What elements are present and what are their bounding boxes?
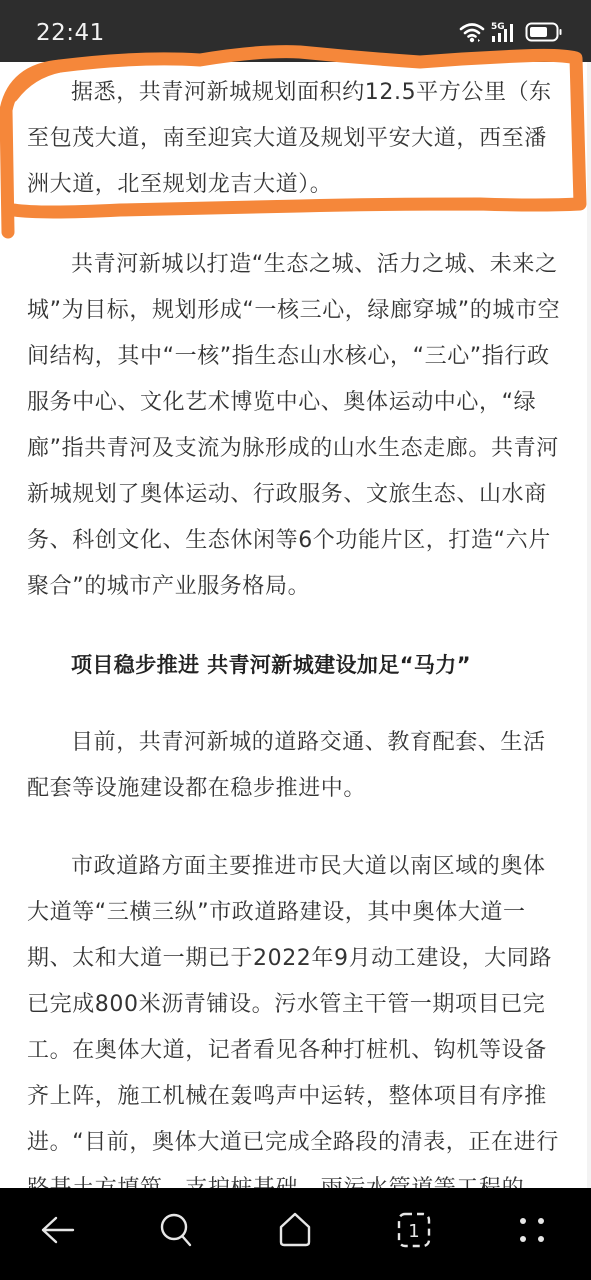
- search-icon: [159, 1212, 193, 1252]
- section-heading: 项目稳步推进 共青河新城建设加足“马力”: [27, 645, 562, 685]
- paragraph-progress: 目前，共青河新城的道路交通、教育配套、生活配套等设施建设都在稳步推进中。: [27, 720, 562, 812]
- article-content[interactable]: 据悉，共青河新城规划面积约12.5平方公里（东至包茂大道，南至迎宾大道及规划平安…: [0, 62, 591, 1188]
- tabs-button[interactable]: 1: [384, 1202, 444, 1262]
- status-time: 22:41: [36, 20, 105, 46]
- status-icons: 5G: [459, 19, 563, 45]
- 5g-signal-icon: 5G: [491, 20, 519, 44]
- menu-dots-icon: [517, 1215, 547, 1249]
- back-arrow-icon: [40, 1215, 76, 1249]
- wifi-icon: [459, 21, 485, 43]
- paragraph-road-construction: 市政道路方面主要推进市民大道以南区域的奥体大道等“三横三纵”市政道路建设，其中奥…: [27, 844, 562, 1188]
- search-button[interactable]: [146, 1202, 206, 1262]
- bottom-nav-bar: 1: [0, 1188, 591, 1280]
- menu-button[interactable]: [502, 1202, 562, 1262]
- home-button[interactable]: [265, 1202, 325, 1262]
- battery-icon: [525, 21, 563, 43]
- paragraph-area-summary: 据悉，共青河新城规划面积约12.5平方公里（东至包茂大道，南至迎宾大道及规划平安…: [27, 70, 562, 208]
- tabs-icon: 1: [397, 1212, 431, 1252]
- home-icon: [278, 1212, 312, 1252]
- scroll-track: [587, 62, 591, 1188]
- svg-text:1: 1: [408, 1221, 419, 1242]
- network-label: 5G: [491, 22, 505, 32]
- status-bar: 22:41 5G: [0, 0, 591, 62]
- back-button[interactable]: [28, 1202, 88, 1262]
- paragraph-city-planning: 共青河新城以打造“生态之城、活力之城、未来之城”为目标，规划形成“一核三心，绿廊…: [27, 242, 562, 610]
